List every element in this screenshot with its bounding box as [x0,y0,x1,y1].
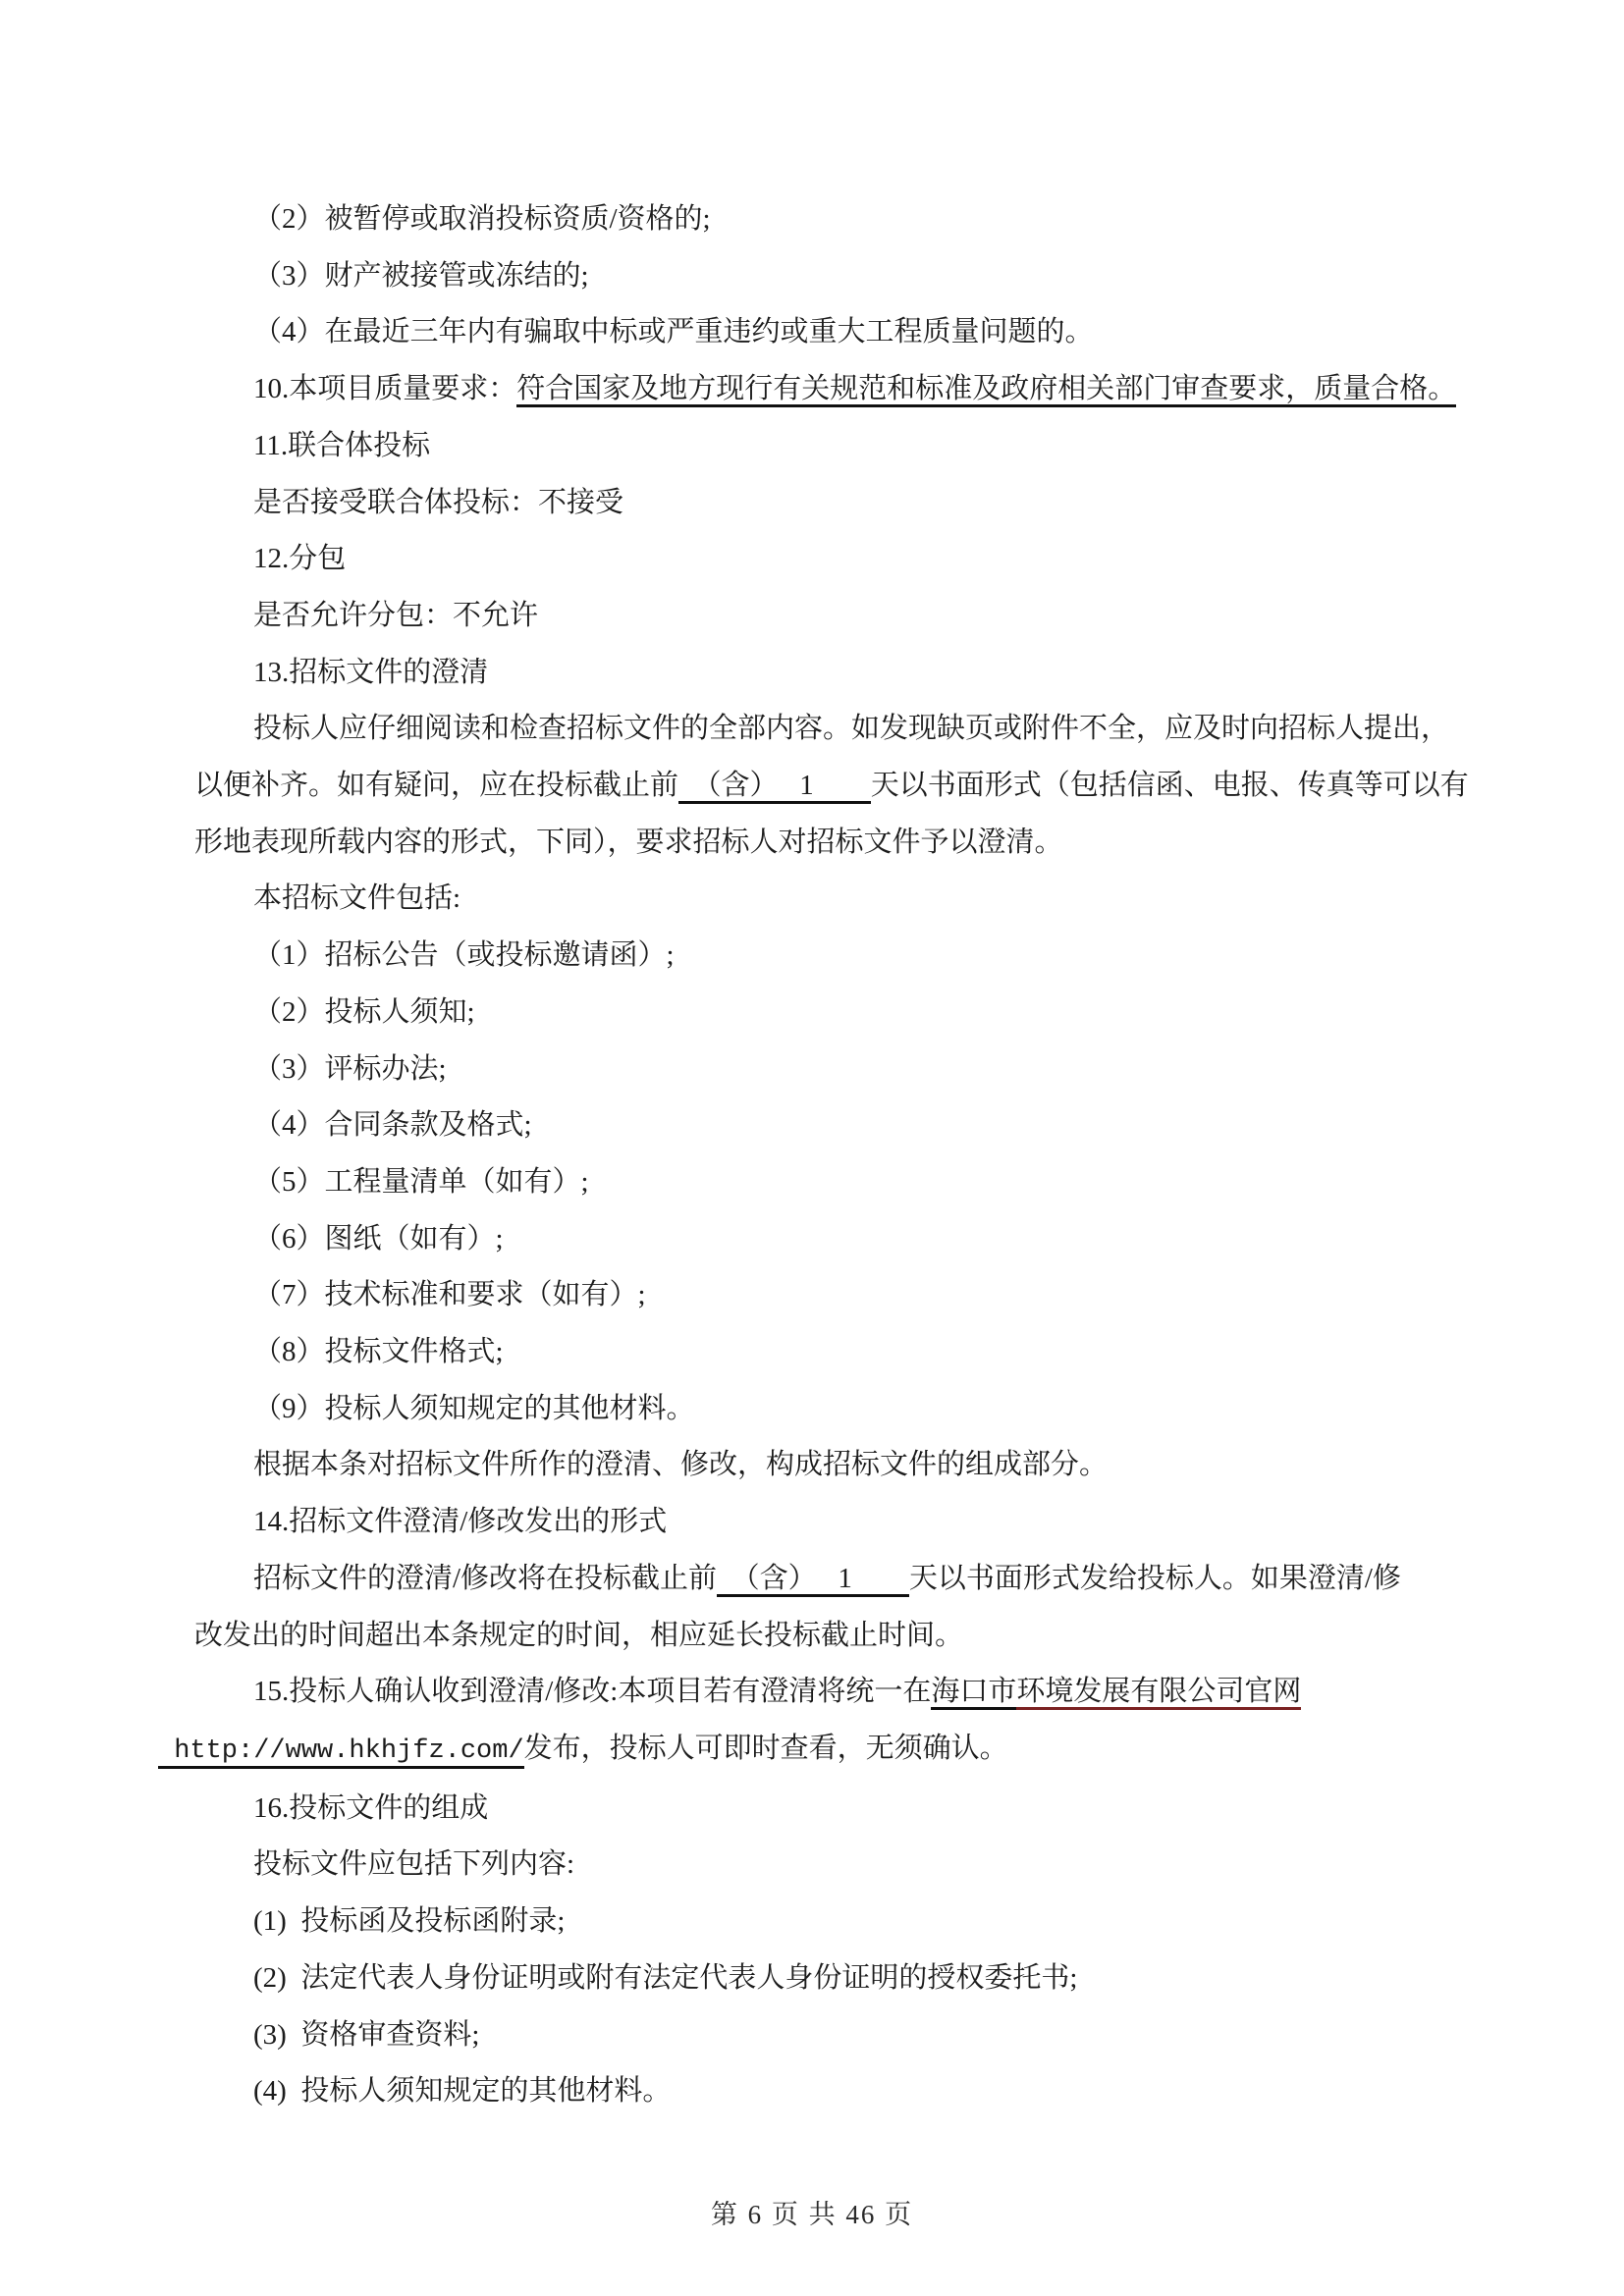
doc-line-q12: 12.分包 [194,531,1471,588]
doc-line-q12-sub: 是否允许分包：不允许 [194,588,1471,645]
clause-11-answer: 是否接受联合体投标：不接受 [253,487,623,518]
clause-13-heading: 13.招标文件的澄清 [253,657,488,688]
paragraph-text: 发布，投标人可即时查看，无须确认。 [524,1733,1008,1764]
doc-line-q13-p3: 形地表现所载内容的形式，下同），要求招标人对招标文件予以澄清。 [194,815,1471,872]
doc-line-q13-inc: 本招标文件包括: [194,871,1471,928]
list-item-text: （3）财产被接管或冻结的; [253,260,589,292]
doc-line-q16: 16.投标文件的组成 [194,1781,1471,1838]
paragraph-text: 以便补齐。如有疑问，应在投标截止前 [194,770,678,801]
paragraph-text: 改发出的时间超出本条规定的时间，相应延长投标截止时间。 [194,1620,963,1651]
page-number: 第 6 页 共 46 页 [0,2193,1624,2231]
doc-line-inc2: （2）投标人须知; [194,985,1471,1041]
doc-line-c3: (3) 资格审查资料; [194,2007,1471,2064]
list-item-text: （1）招标公告（或投标邀请函）; [253,939,675,971]
doc-line-q13-p2: 以便补齐。如有疑问，应在投标截止前 （含） 1 天以书面形式（包括信函、电报、传… [194,758,1471,815]
list-item-text: (2) 法定代表人身份证明或附有法定代表人身份证明的授权委托书; [253,1962,1077,1994]
doc-line-inc5: （5）工程量清单（如有）; [194,1154,1471,1211]
doc-line-inc1: （1）招标公告（或投标邀请函）; [194,928,1471,985]
list-item-text: （8）投标文件格式; [253,1336,504,1367]
clause-14-heading: 14.招标文件澄清/修改发出的形式 [253,1506,667,1537]
paragraph-text: 投标人应仔细阅读和检查招标文件的全部内容。如发现缺页或附件不全，应及时向招标人提… [253,713,1449,744]
list-item-text: （6）图纸（如有）; [253,1223,504,1255]
fill-in-blank-days: （含） 1 [678,770,871,804]
clause-12-answer: 是否允许分包：不允许 [253,600,538,631]
list-item-text: （5）工程量清单（如有）; [253,1166,589,1198]
paragraph-text: 天以书面形式发给投标人。如果澄清/修 [909,1563,1401,1594]
clause-15-text: 15.投标人确认收到澄清/修改:本项目若有澄清将统一在 [253,1676,931,1707]
doc-line-q10: 10.本项目质量要求：符合国家及地方现行有关规范和标准及政府相关部门审查要求，质… [194,361,1471,418]
paragraph-text: 本招标文件包括: [253,882,460,914]
document-body: （2）被暂停或取消投标资质/资格的; （3）财产被接管或冻结的; （4）在最近三… [194,191,1471,2120]
doc-line-c4: (4) 投标人须知规定的其他材料。 [194,2063,1471,2120]
doc-line-inc8: （8）投标文件格式; [194,1324,1471,1381]
doc-line-item4: （4）在最近三年内有骗取中标或严重违约或重大工程质量问题的。 [194,304,1471,361]
doc-line-q16-sub: 投标文件应包括下列内容: [194,1837,1471,1894]
doc-line-q11-sub: 是否接受联合体投标：不接受 [194,475,1471,532]
doc-line-q13-note: 根据本条对招标文件所作的澄清、修改，构成招标文件的组成部分。 [194,1437,1471,1494]
clause-11-heading: 11.联合体投标 [253,430,430,461]
clause-10-label: 10.本项目质量要求： [253,373,516,404]
doc-line-item2: （2）被暂停或取消投标资质/资格的; [194,191,1471,248]
doc-line-inc4: （4）合同条款及格式; [194,1097,1471,1154]
list-item-text: (4) 投标人须知规定的其他材料。 [253,2075,671,2107]
doc-line-q15-url: http://www.hkhjfz.com/发布，投标人可即时查看，无须确认。 [194,1721,1471,1781]
paragraph-text: 天以书面形式（包括信函、电报、传真等可以有 [871,770,1469,801]
list-item-text: (3) 资格审查资料; [253,2019,479,2051]
doc-line-q13-p1: 投标人应仔细阅读和检查招标文件的全部内容。如发现缺页或附件不全，应及时向招标人提… [194,701,1471,758]
doc-line-q15: 15.投标人确认收到澄清/修改:本项目若有澄清将统一在海口市环境发展有限公司官网 [194,1664,1471,1721]
doc-line-item3: （3）财产被接管或冻结的; [194,248,1471,305]
paragraph-text: 投标文件应包括下列内容: [253,1848,574,1880]
list-item-text: （3）评标办法; [253,1053,447,1085]
doc-line-q14: 14.招标文件澄清/修改发出的形式 [194,1494,1471,1551]
doc-line-inc6: （6）图纸（如有）; [194,1211,1471,1268]
page-indicator-text: 第 6 页 共 46 页 [711,2200,913,2229]
paragraph-text: 根据本条对招标文件所作的澄清、修改，构成招标文件的组成部分。 [253,1449,1108,1480]
company-name-underlined: 海口市 [931,1676,1016,1710]
list-item-text: （4）合同条款及格式; [253,1109,532,1141]
paragraph-text: 招标文件的澄清/修改将在投标截止前 [253,1563,717,1594]
doc-line-inc7: （7）技术标准和要求（如有）; [194,1267,1471,1324]
doc-line-c2: (2) 法定代表人身份证明或附有法定代表人身份证明的授权委托书; [194,1950,1471,2007]
company-name-underlined-red: 环境发展有限公司官网 [1016,1676,1301,1710]
doc-line-q13: 13.招标文件的澄清 [194,645,1471,702]
doc-line-q11: 11.联合体投标 [194,418,1471,475]
doc-line-q14-p2: 改发出的时间超出本条规定的时间，相应延长投标截止时间。 [194,1608,1471,1665]
clause-10-underlined-value: 符合国家及地方现行有关规范和标准及政府相关部门审查要求，质量合格。 [516,373,1456,407]
document-link-url[interactable]: http://www.hkhjfz.com/ [158,1736,524,1769]
list-item-text: (1) 投标函及投标函附录; [253,1905,565,1937]
list-item-text: （2）被暂停或取消投标资质/资格的; [253,203,711,235]
list-item-text: （4）在最近三年内有骗取中标或严重违约或重大工程质量问题的。 [253,316,1094,347]
list-item-text: （2）投标人须知; [253,996,475,1028]
clause-16-heading: 16.投标文件的组成 [253,1792,488,1824]
paragraph-text: 形地表现所载内容的形式，下同），要求招标人对招标文件予以澄清。 [194,827,1063,858]
doc-line-c1: (1) 投标函及投标函附录; [194,1894,1471,1950]
doc-line-q14-p1: 招标文件的澄清/修改将在投标截止前 （含） 1 天以书面形式发给投标人。如果澄清… [194,1551,1471,1608]
clause-12-heading: 12.分包 [253,543,346,574]
list-item-text: （9）投标人须知规定的其他材料。 [253,1393,695,1424]
list-item-text: （7）技术标准和要求（如有）; [253,1279,646,1310]
doc-line-inc9: （9）投标人须知规定的其他材料。 [194,1381,1471,1438]
doc-line-inc3: （3）评标办法; [194,1041,1471,1098]
document-page: （2）被暂停或取消投标资质/资格的; （3）财产被接管或冻结的; （4）在最近三… [0,0,1624,2296]
fill-in-blank-days: （含） 1 [717,1563,909,1597]
